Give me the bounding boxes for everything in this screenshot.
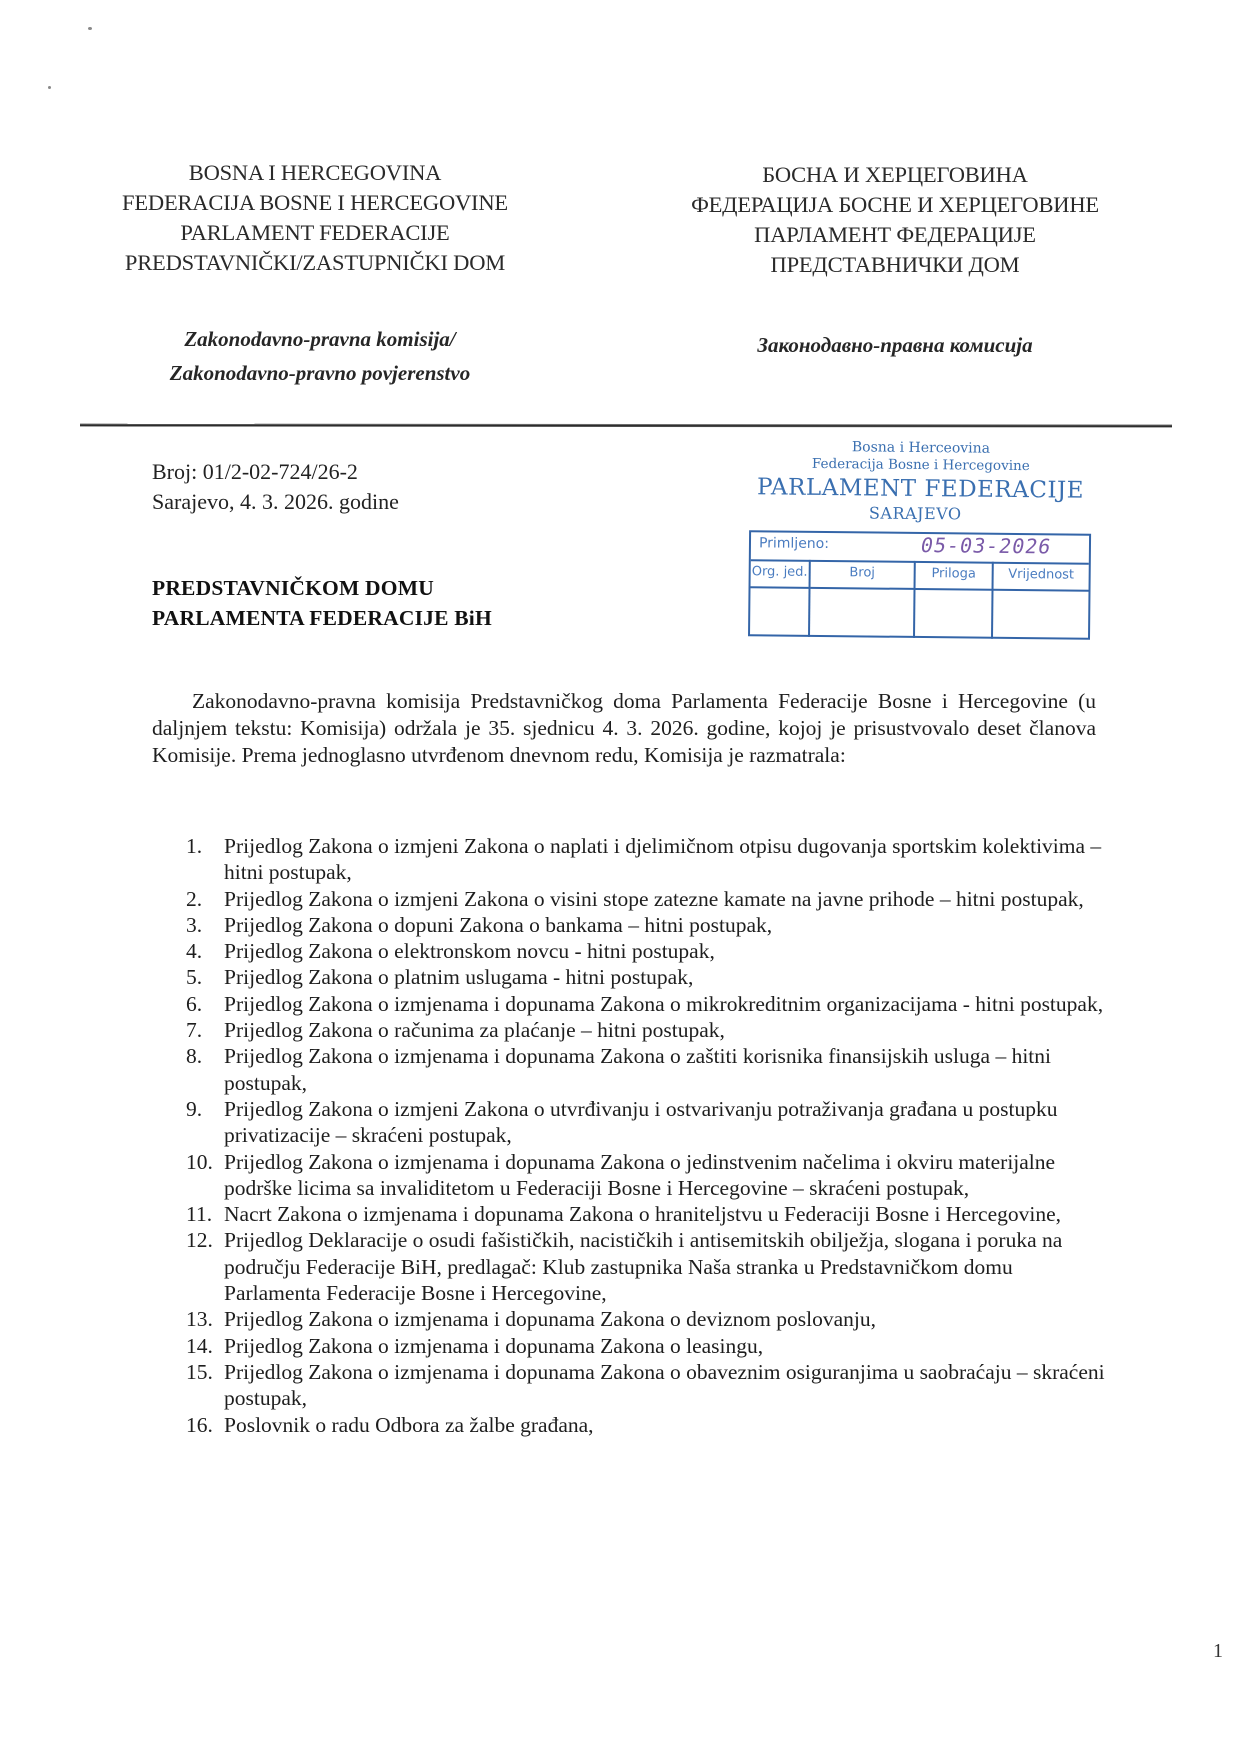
addressee-line: PARLAMENTA FEDERACIJE BiH [152,603,492,633]
agenda-item-text: Prijedlog Zakona o računima za plaćanje … [224,1018,725,1042]
stamp-city: SARAJEVO [745,502,1085,526]
intro-text: Zakonodavno-pravna komisija Predstavničk… [152,688,1096,769]
stamp-column: Priloga [915,561,994,639]
addressee: PREDSTAVNIČKOM DOMU PARLAMENTA FEDERACIJ… [152,573,492,633]
agenda-item-number: 4. [186,938,202,964]
agenda-item: 3.Prijedlog Zakona o dopuni Zakona o ban… [186,912,1106,938]
parliament-name-cyrillic: ПАРЛАМЕНТ ФЕДЕРАЦИЈЕ [640,220,1150,250]
agenda-item: 4.Prijedlog Zakona o elektronskom novcu … [186,938,1106,964]
agenda-item: 8.Prijedlog Zakona o izmjenama i dopunam… [186,1043,1106,1096]
received-date: 05-03-2026 [919,533,1054,558]
stamp-column: Broj [810,560,916,638]
agenda-item-text: Prijedlog Zakona o izmjenama i dopunama … [224,1307,876,1331]
agenda-item-text: Prijedlog Zakona o izmjeni Zakona o utvr… [224,1097,1058,1147]
agenda-item-text: Prijedlog Zakona o izmjeni Zakona o visi… [224,887,1084,911]
committee-line: Zakonodavno-pravno povjerenstvo [100,356,540,390]
agenda-item: 14.Prijedlog Zakona o izmjenama i dopuna… [186,1333,1106,1359]
agenda-item-text: Prijedlog Zakona o elektronskom novcu - … [224,939,715,963]
header-divider [80,424,1172,428]
stamp-column-header: Vrijednost [993,562,1088,592]
agenda-item: 15.Prijedlog Zakona o izmjenama i dopuna… [186,1359,1106,1412]
agenda-item: 2.Prijedlog Zakona o izmjeni Zakona o vi… [186,886,1106,912]
agenda-item-text: Prijedlog Deklaracije o osudi fašistički… [224,1228,1062,1305]
agenda-item: 13.Prijedlog Zakona o izmjenama i dopuna… [186,1306,1106,1332]
agenda-item-number: 7. [186,1017,202,1043]
stamp-grid: Primljeno: 05-03-2026 Org. jed. Broj Pri… [748,530,1091,640]
agenda-item-number: 14. [186,1333,213,1359]
committee-name-cyrillic: Законодавно-правна комисија [660,328,1130,362]
scan-speck [48,86,51,89]
stamp-column-header: Broj [811,560,914,590]
committee-name-latin: Zakonodavno-pravna komisija/ Zakonodavno… [100,322,540,390]
agenda-item: 11.Nacrt Zakona o izmjenama i dopunama Z… [186,1201,1106,1227]
agenda-item-number: 15. [186,1359,213,1385]
agenda-item-number: 9. [186,1096,202,1122]
agenda-item-text: Nacrt Zakona o izmjenama i dopunama Zako… [224,1202,1061,1226]
entity-name-cyrillic: ФЕДЕРАЦИЈА БОСНЕ И ХЕРЦЕГОВИНЕ [640,190,1150,220]
letterhead-cyrillic: БОСНА И ХЕРЦЕГОВИНА ФЕДЕРАЦИЈА БОСНЕ И Х… [640,160,1150,280]
agenda-item-text: Prijedlog Zakona o dopuni Zakona o banka… [224,913,772,937]
agenda-item-text: Prijedlog Zakona o izmjeni Zakona o napl… [224,834,1101,884]
agenda-item-text: Prijedlog Zakona o izmjenama i dopunama … [224,1044,1051,1094]
agenda-item-text: Prijedlog Zakona o izmjenama i dopunama … [224,1150,1055,1200]
agenda-item-text: Prijedlog Zakona o izmjenama i dopunama … [224,1334,763,1358]
scan-speck [88,27,92,30]
agenda-item: 10.Prijedlog Zakona o izmjenama i dopuna… [186,1149,1106,1202]
received-stamp: Bosna i Herceovina Federacija Bosne i He… [744,438,1096,647]
agenda-item-text: Prijedlog Zakona o platnim uslugama - hi… [224,965,693,989]
house-name-cyrillic: ПРЕДСТАВНИЧКИ ДОМ [640,250,1150,280]
agenda-item-number: 11. [186,1201,212,1227]
agenda-item-number: 1. [186,833,202,859]
agenda-item-number: 6. [186,991,202,1017]
document-reference: Broj: 01/2-02-724/26-2 Sarajevo, 4. 3. 2… [152,457,399,517]
stamp-entity: Federacija Bosne i Hercegovine [746,455,1096,476]
agenda-item-number: 2. [186,886,202,912]
agenda-item: 5.Prijedlog Zakona o platnim uslugama - … [186,964,1106,990]
agenda-item-text: Poslovnik o radu Odbora za žalbe građana… [224,1413,594,1437]
agenda-item-number: 13. [186,1306,213,1332]
house-name: PREDSTAVNIČKI/ZASTUPNIČKI DOM [90,248,540,278]
agenda-item: 7.Prijedlog Zakona o računima za plaćanj… [186,1017,1106,1043]
country-name: BOSNA I HERCEGOVINA [90,158,540,188]
agenda-item-number: 10. [186,1149,213,1175]
agenda-item: 16.Poslovnik o radu Odbora za žalbe građ… [186,1412,1106,1438]
stamp-column-header: Priloga [916,561,992,591]
agenda-item: 9.Prijedlog Zakona o izmjeni Zakona o ut… [186,1096,1106,1149]
reference-number: Broj: 01/2-02-724/26-2 [152,457,399,487]
agenda-item-number: 16. [186,1412,213,1438]
agenda-item: 12.Prijedlog Deklaracije o osudi fašisti… [186,1227,1106,1306]
entity-name: FEDERACIJA BOSNE I HERCEGOVINE [90,188,540,218]
agenda-item-number: 12. [186,1227,213,1253]
parliament-name: PARLAMENT FEDERACIJE [90,218,540,248]
agenda-item-number: 8. [186,1043,202,1069]
stamp-column: Org. jed. [750,559,811,637]
addressee-line: PREDSTAVNIČKOM DOMU [152,573,492,603]
agenda-item-number: 3. [186,912,202,938]
agenda-item-number: 5. [186,964,202,990]
committee-line: Zakonodavno-pravna komisija/ [100,322,540,356]
agenda-item: 6.Prijedlog Zakona o izmjenama i dopunam… [186,991,1106,1017]
agenda-list: 1.Prijedlog Zakona o izmjeni Zakona o na… [186,833,1106,1438]
agenda-item: 1.Prijedlog Zakona o izmjeni Zakona o na… [186,833,1106,886]
place-date: Sarajevo, 4. 3. 2026. godine [152,487,399,517]
stamp-parliament: PARLAMENT FEDERACIJE [745,474,1095,504]
agenda-item-text: Prijedlog Zakona o izmjenama i dopunama … [224,992,1103,1016]
page-number: 1 [1213,1640,1223,1663]
stamp-column-header: Org. jed. [751,559,809,589]
letterhead-latin: BOSNA I HERCEGOVINA FEDERACIJA BOSNE I H… [90,158,540,278]
country-name-cyrillic: БОСНА И ХЕРЦЕГОВИНА [640,160,1150,190]
intro-paragraph: Zakonodavno-pravna komisija Predstavničk… [152,688,1096,769]
received-label: Primljeno: [759,535,829,552]
stamp-column: Vrijednost [993,562,1089,640]
agenda-item-text: Prijedlog Zakona o izmjenama i dopunama … [224,1360,1105,1410]
